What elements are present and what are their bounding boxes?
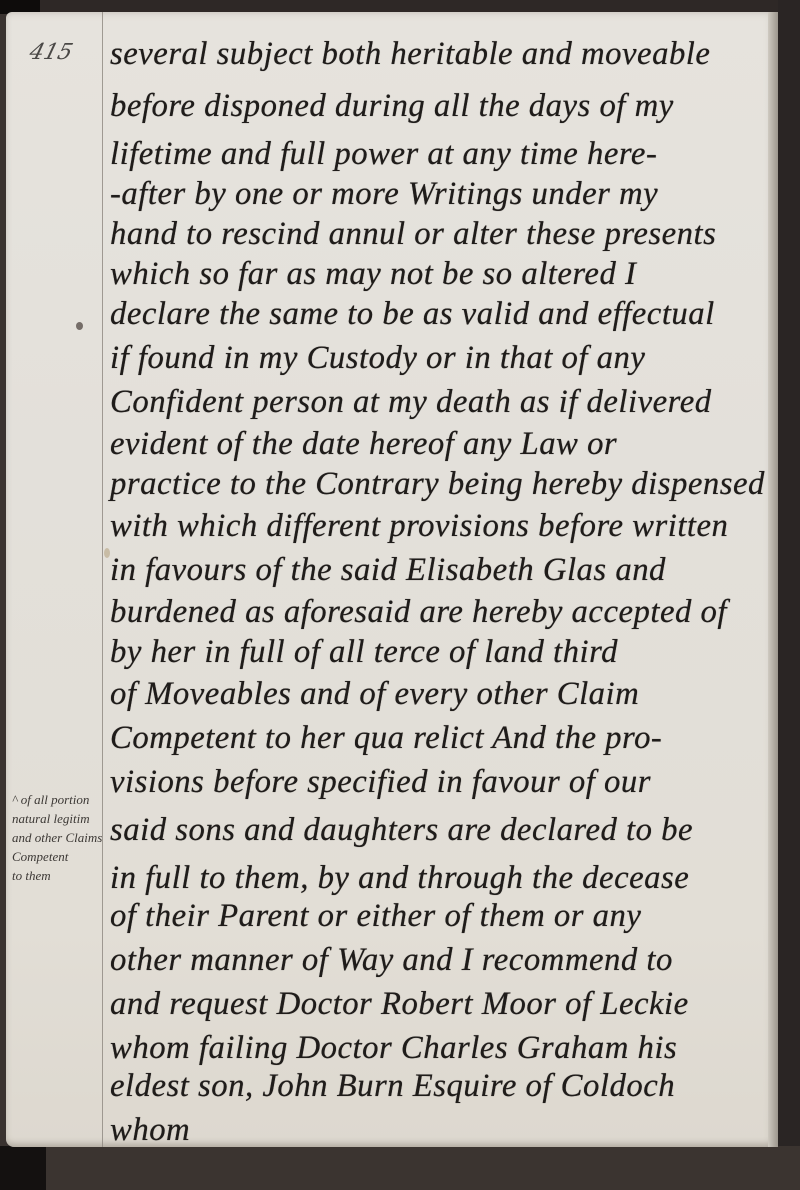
- text-line: of their Parent or either of them or any: [110, 898, 765, 935]
- text-line: several subject both heritable and movea…: [110, 36, 765, 73]
- text-line: -after by one or more Writings under my: [110, 176, 765, 213]
- margin-annotation-line: and other Claims: [12, 828, 112, 847]
- text-line: in favours of the said Elisabeth Glas an…: [110, 552, 765, 589]
- text-line: evident of the date hereof any Law or: [110, 426, 765, 463]
- text-line: with which different provisions before w…: [110, 508, 765, 545]
- margin-annotation: ^ of all portion natural legitim and oth…: [12, 790, 112, 885]
- text-line: before disponed during all the days of m…: [110, 88, 765, 125]
- text-line: which so far as may not be so altered I: [110, 256, 765, 293]
- scan-backdrop-corner-bottom: [0, 1146, 46, 1190]
- text-line: Competent to her qua relict And the pro-: [110, 720, 765, 757]
- text-line: eldest son, John Burn Esquire of Coldoch: [110, 1068, 765, 1105]
- text-line: if found in my Custody or in that of any: [110, 340, 765, 377]
- text-line: visions before specified in favour of ou…: [110, 764, 765, 801]
- scan-backdrop-right: [778, 0, 800, 1190]
- text-line: whom: [110, 1112, 765, 1149]
- margin-annotation-line: to them: [12, 866, 112, 885]
- text-line: lifetime and full power at any time here…: [110, 136, 765, 173]
- text-line: in full to them, by and through the dece…: [110, 860, 765, 897]
- text-line: whom failing Doctor Charles Graham his: [110, 1030, 765, 1067]
- text-line: and request Doctor Robert Moor of Leckie: [110, 986, 765, 1023]
- text-line: Confident person at my death as if deliv…: [110, 384, 765, 421]
- scan-backdrop-bottom: [0, 1146, 800, 1190]
- text-line: practice to the Contrary being hereby di…: [110, 466, 765, 503]
- text-line: said sons and daughters are declared to …: [110, 812, 765, 849]
- text-line: declare the same to be as valid and effe…: [110, 296, 765, 333]
- text-line: by her in full of all terce of land thir…: [110, 634, 765, 671]
- text-line: hand to rescind annul or alter these pre…: [110, 216, 765, 253]
- margin-annotation-line: Competent: [12, 847, 112, 866]
- text-line: burdened as aforesaid are hereby accepte…: [110, 594, 765, 631]
- page-number: 415: [27, 40, 76, 65]
- margin-annotation-line: natural legitim: [12, 809, 112, 828]
- text-line: other manner of Way and I recommend to: [110, 942, 765, 979]
- margin-annotation-line: ^ of all portion: [12, 790, 112, 809]
- text-line: of Moveables and of every other Claim: [110, 676, 765, 713]
- page-edge: [768, 12, 778, 1147]
- margin-rule: [102, 12, 103, 1147]
- ink-spot: [76, 322, 83, 330]
